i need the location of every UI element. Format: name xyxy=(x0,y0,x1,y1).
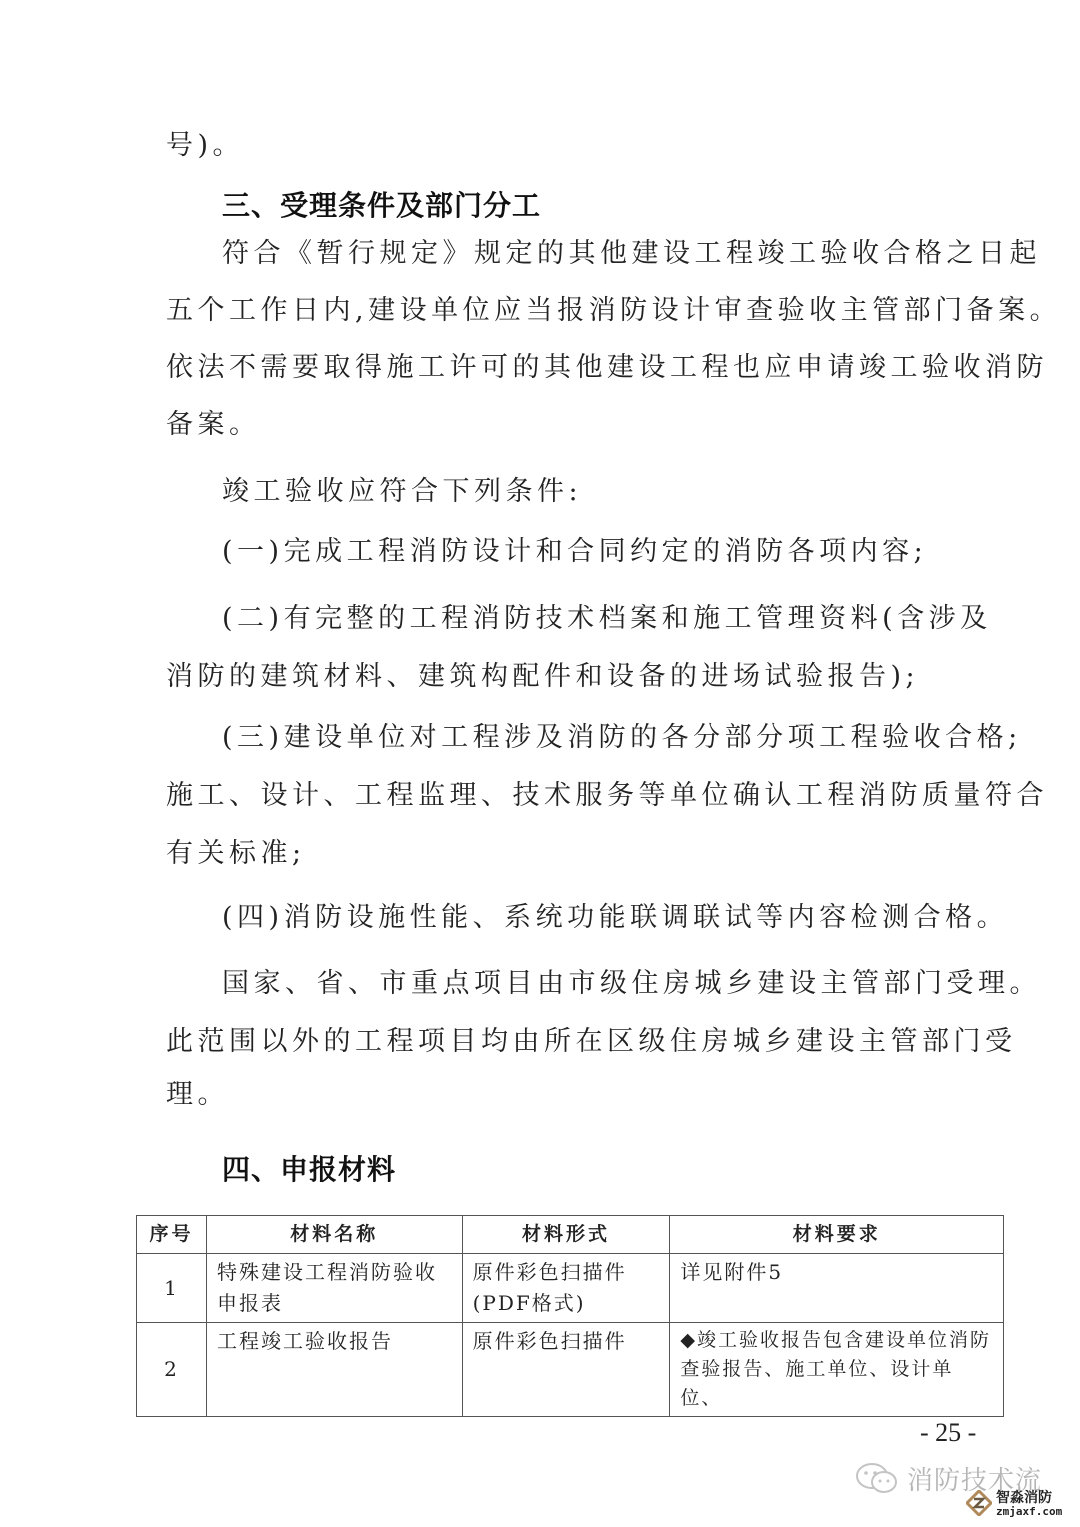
paragraph-line: 五个工作日内,建设单位应当报消防设计审查验收主管部门备案。 xyxy=(166,294,1061,328)
cell-requirement: 详见附件5 xyxy=(670,1254,1004,1323)
table-header-row: 序号 材料名称 材料形式 材料要求 xyxy=(137,1216,1004,1254)
cell-requirement: ◆竣工验收报告包含建设单位消防查验报告、施工单位、设计单位、 xyxy=(670,1323,1004,1417)
cell-num: 2 xyxy=(137,1323,207,1417)
paragraph-line: 此范围以外的工程项目均由所在区级住房城乡建设主管部门受 xyxy=(166,1025,1017,1059)
paragraph-line: (一)完成工程消防设计和合同约定的消防各项内容; xyxy=(222,535,927,569)
table-row: 2 工程竣工验收报告 原件彩色扫描件 ◆竣工验收报告包含建设单位消防查验报告、施… xyxy=(137,1323,1004,1417)
paragraph-line: 理。 xyxy=(166,1078,229,1112)
wechat-icon xyxy=(855,1462,899,1496)
paragraph-line: 消防的建筑材料、建筑构配件和设备的进场试验报告); xyxy=(166,660,919,694)
site-logo: 智淼消防 zmjaxf.com xyxy=(966,1490,1062,1520)
paragraph-line: 备案。 xyxy=(166,408,261,442)
header-seq: 序号 xyxy=(137,1216,207,1254)
cell-name: 特殊建设工程消防验收申报表 xyxy=(206,1254,462,1323)
paragraph-line: 符合《暂行规定》规定的其他建设工程竣工验收合格之日起 xyxy=(222,237,1041,271)
paragraph-line: (三)建设单位对工程涉及消防的各分部分项工程验收合格; xyxy=(222,721,1022,755)
paragraph-line: 有关标准; xyxy=(166,837,306,871)
section-heading: 三、受理条件及部门分工 xyxy=(222,189,541,223)
header-requirement: 材料要求 xyxy=(670,1216,1004,1254)
paragraph-line: (二)有完整的工程消防技术档案和施工管理资料(含涉及 xyxy=(222,602,992,636)
page-number: - 25 - xyxy=(920,1418,976,1448)
paragraph-line: 依法不需要取得施工许可的其他建设工程也应申请竣工验收消防 xyxy=(166,351,1048,385)
section-heading: 四、申报材料 xyxy=(222,1153,396,1187)
header-form: 材料形式 xyxy=(462,1216,670,1254)
logo-name: 智淼消防 xyxy=(996,1491,1062,1505)
paragraph-line: (四)消防设施性能、系统功能联调联试等内容检测合格。 xyxy=(222,901,1008,935)
paragraph-line: 号)。 xyxy=(166,129,244,163)
cell-form: 原件彩色扫描件(PDF格式) xyxy=(462,1254,670,1323)
materials-table: 序号 材料名称 材料形式 材料要求 1 特殊建设工程消防验收申报表 原件彩色扫描… xyxy=(136,1215,1004,1417)
cell-num: 1 xyxy=(137,1254,207,1323)
paragraph-line: 竣工验收应符合下列条件: xyxy=(222,475,582,509)
paragraph-line: 施工、设计、工程监理、技术服务等单位确认工程消防质量符合 xyxy=(166,779,1048,813)
paragraph-line: 国家、省、市重点项目由市级住房城乡建设主管部门受理。 xyxy=(222,967,1041,1001)
cell-name: 工程竣工验收报告 xyxy=(206,1323,462,1417)
header-name: 材料名称 xyxy=(206,1216,462,1254)
logo-url: zmjaxf.com xyxy=(996,1505,1062,1519)
table-row: 1 特殊建设工程消防验收申报表 原件彩色扫描件(PDF格式) 详见附件5 xyxy=(137,1254,1004,1323)
logo-mark-icon xyxy=(966,1490,992,1520)
cell-form: 原件彩色扫描件 xyxy=(462,1323,670,1417)
